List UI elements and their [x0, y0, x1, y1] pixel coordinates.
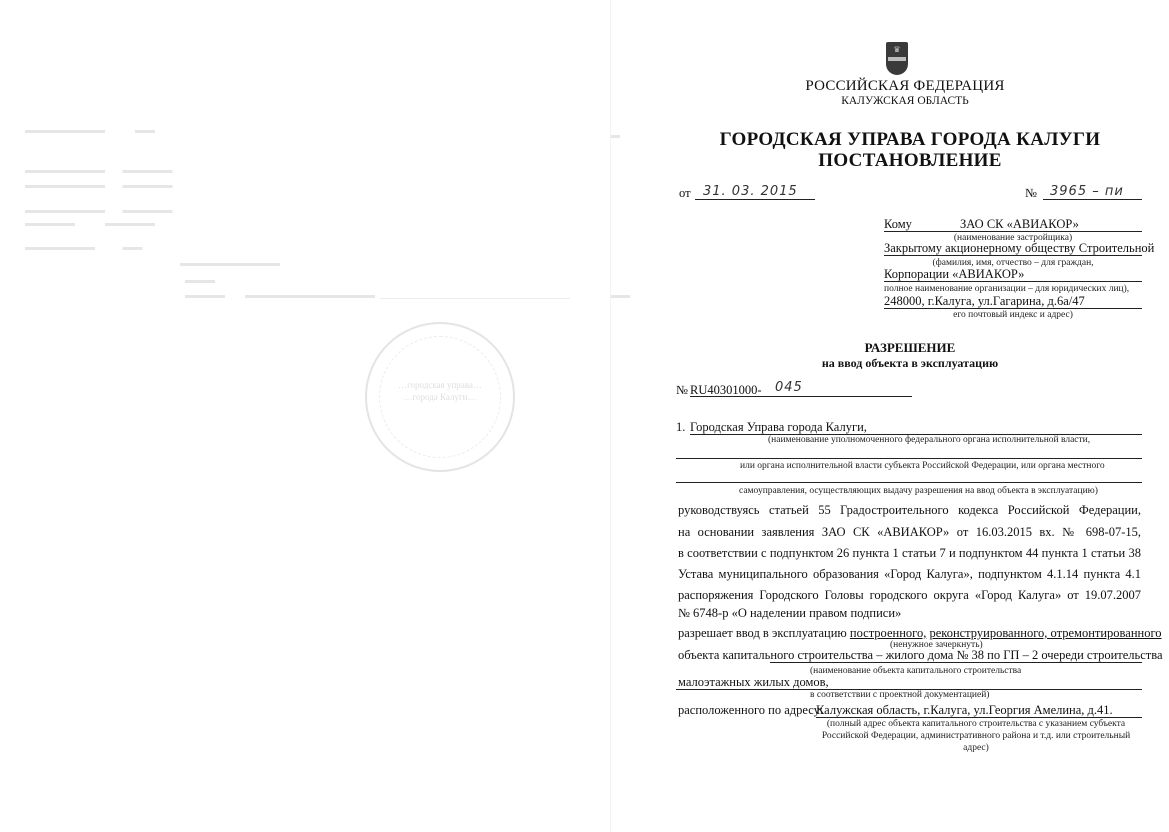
address-caption-1: (полный адрес объекта капитального строи… — [810, 719, 1142, 729]
page-fold-line — [610, 0, 611, 832]
permits-statement: разрешает ввод в эксплуатацию построенно… — [678, 626, 1162, 641]
number-value: 3965 – пи — [1050, 184, 1124, 199]
object-address-underline — [816, 717, 1142, 718]
ghost-text: ▬▬▬▬▬▬▬▬ ▬▬▬▬▬ — [25, 165, 173, 176]
permit-title: РАЗРЕШЕНИЕ — [700, 340, 1120, 356]
object-description: объекта капитального строительства – жил… — [678, 648, 1163, 663]
ghost-text: ▬▬▬▬▬▬▬▬ ▬▬▬▬▬ — [25, 205, 173, 216]
ghost-text: ▬▬▬ — [185, 275, 215, 286]
body-line-5: распоряжения Городского Головы городског… — [678, 588, 1141, 603]
authority-caption-2: или органа исполнительной власти субъект… — [740, 461, 1105, 471]
ghost-text: ▬▬▬▬▬▬▬▬ ▬▬▬▬▬ — [25, 180, 173, 191]
permit-subtitle: на ввод объекта в эксплуатацию — [700, 356, 1120, 371]
ghost-text: ▬ — [610, 130, 620, 141]
region-name: КАЛУЖСКАЯ ОБЛАСТЬ — [800, 95, 1010, 107]
stamp-text-line: …города Калуги… — [367, 391, 513, 403]
section-index: 1. — [676, 420, 685, 435]
fullname-underline-2 — [884, 281, 1142, 282]
issuing-authority-value: Городская Управа города Калуги, — [690, 420, 867, 435]
permit-number-label: № — [676, 383, 688, 398]
object-address-label: расположенного по адресу: — [678, 703, 823, 718]
authority-title: ГОРОДСКАЯ УПРАВА ГОРОДА КАЛУГИ — [700, 129, 1120, 151]
address-caption-2: Российской Федерации, административного … — [810, 731, 1142, 741]
object-caption-2: в соответствии с проектной документацией… — [810, 690, 989, 700]
date-underline — [695, 199, 815, 200]
to-label: Кому — [884, 217, 912, 232]
address-caption-3: адрес) — [810, 743, 1142, 753]
developer-fullname-line2: Корпорации «АВИАКОР» — [884, 267, 1024, 282]
address-caption: его почтовый индекс и адрес) — [884, 310, 1142, 320]
permits-prefix: разрешает ввод в эксплуатацию — [678, 626, 847, 640]
permits-struck-options: реконструированного, отремонтированного — [929, 626, 1161, 640]
body-line-6: № 6748-р «О наделении правом подписи» — [678, 606, 901, 621]
object-underline — [770, 662, 1142, 663]
body-line-1: руководствуясь статьей 55 Градостроитель… — [678, 503, 1141, 518]
fullname-caption-2: полное наименование организации – для юр… — [884, 284, 1129, 294]
permits-kept-option: построенного, — [850, 626, 926, 640]
authority-underline-2 — [676, 458, 1142, 459]
developer-name: ЗАО СК «АВИАКОР» — [960, 217, 1079, 232]
stamp-text-line: …городская управа… — [367, 379, 513, 391]
round-seal-stamp-icon: …городская управа… …города Калуги… — [365, 322, 515, 472]
ghost-text: ▬▬▬▬▬▬▬▬▬▬ — [180, 258, 280, 269]
address-underline — [884, 308, 1142, 309]
fullname-underline-1 — [884, 255, 1142, 256]
developer-fullname-line1: Закрытому акционерному обществу Строител… — [884, 241, 1154, 256]
document-type-title: ПОСТАНОВЛЕНИЕ — [700, 150, 1120, 172]
number-underline — [1043, 199, 1142, 200]
ghost-text: ▬▬▬▬▬ ▬▬▬▬▬ — [25, 218, 155, 229]
authority-caption-1: (наименование уполномоченного федерально… — [768, 435, 1090, 445]
object-description-cont: малоэтажных жилых домов, — [678, 675, 829, 690]
object-address-value: Калужская область, г.Калуга, ул.Георгия … — [816, 703, 1113, 718]
developer-underline — [884, 231, 1142, 232]
body-line-4: Устава муниципального образования «Город… — [678, 567, 1141, 582]
authority-caption-3: самоуправления, осуществляющих выдачу ра… — [739, 486, 1098, 496]
ghost-line — [380, 298, 570, 299]
date-label: от — [679, 186, 691, 201]
object-caption: (наименование объекта капитального строи… — [810, 666, 1021, 676]
number-label: № — [1025, 186, 1037, 201]
coat-of-arms-icon: ♛ — [886, 42, 908, 75]
authority-underline-3 — [676, 482, 1142, 483]
country-name: РОССИЙСКАЯ ФЕДЕРАЦИЯ — [800, 78, 1010, 95]
body-line-2: на основании заявления ЗАО СК «АВИАКОР» … — [678, 525, 1141, 540]
ghost-text: ▬▬▬▬ ▬▬▬▬▬▬▬▬▬▬▬▬▬ — [185, 290, 375, 301]
ghost-text: ▬▬▬▬▬▬▬ ▬▬ — [25, 242, 143, 253]
ghost-text: ▬▬▬▬▬▬▬▬ ▬▬ — [25, 125, 155, 136]
permit-number-underline — [690, 396, 912, 397]
date-value: 31. 03. 2015 — [703, 184, 798, 199]
body-line-3: в соответствии с подпунктом 26 пункта 1 … — [678, 546, 1141, 561]
permit-number-handwritten: 045 — [775, 380, 803, 395]
ghost-text: ▬▬ — [610, 290, 630, 301]
developer-address: 248000, г.Калуга, ул.Гагарина, д.6а/47 — [884, 294, 1085, 309]
